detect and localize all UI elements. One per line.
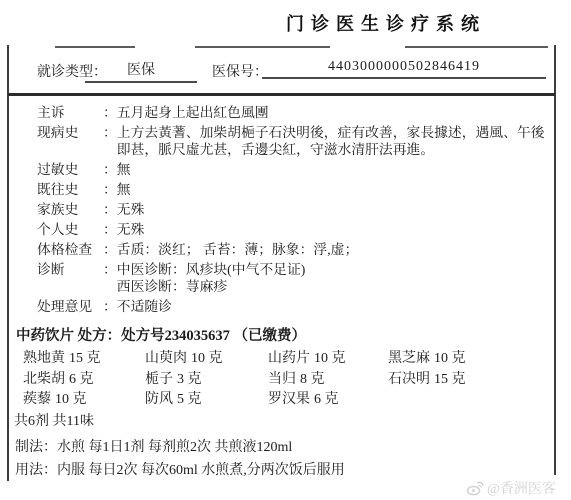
herb-amount: 6 克 [69,372,94,387]
record-label: 既往史 [37,181,103,198]
record-row-physical-exam: 体格检查：舌质：淡红； 舌苔：薄；脉象：浮,虚； [37,241,553,258]
record-colon: ： [103,124,117,158]
top-underline-segment [405,46,548,48]
record-row-present-illness: 现病史：上方去黃蓍、加柴胡梔子石決明後，症有改善，家長據述，遇風、午後即甚，脈尺… [37,124,553,158]
record-value: 中医诊断：风疹块(中气不足证)西医诊断：荨麻疹 [117,261,553,295]
herb-amount: 8 克 [300,372,325,387]
record-colon: ： [103,201,117,218]
insurance-number-label: 医保号： [212,61,268,81]
record-colon: ： [103,104,117,121]
medical-record: 主诉：五月起身上起出紅色風團 现病史：上方去黃蓍、加柴胡梔子石決明後，症有改善，… [37,104,553,318]
herb-name: 罗汉果 [268,392,310,407]
herb-item: 当归8 克 [268,370,388,391]
record-colon: ： [103,298,117,315]
preparation-method: 制法：水煎 每1日1剂 每剂煎2次 共煎液120ml [15,436,292,456]
prescription-summary: 共6剂 共11味 [14,410,94,430]
page-title: 门诊医生诊疗系统 [286,10,486,36]
preparation-value: 水煎 每1日1剂 每剂煎2次 共煎液120ml [57,440,292,455]
herb-name: 山萸肉 [145,351,187,366]
herb-amount: 15 克 [69,351,101,366]
herb-item: 山药片10 克 [268,349,388,370]
herb-name: 熟地黄 [23,351,65,366]
top-underline-segment [55,46,135,48]
record-value: 不适随诊 [117,298,553,315]
record-value: 舌质：淡红； 舌苔：薄；脉象：浮,虚； [117,241,553,258]
record-row-family-history: 家族史：无殊 [37,201,553,218]
herb-name: 防风 [145,392,173,407]
herb-grid: 熟地黄15 克 山萸肉10 克 山药片10 克 黑芝麻10 克 北柴胡6 克 栀… [23,349,548,411]
usage-instructions: 用法：内服 每日2次 每次60ml 水煎煮,分两次饭后服用 [15,459,345,479]
record-label: 处理意见 [37,298,103,315]
herb-amount: 10 克 [434,351,466,366]
record-row-past-history: 既往史：無 [37,181,553,198]
header-divider [8,93,555,96]
herb-name: 当归 [268,372,296,387]
record-row-treatment-advice: 处理意见：不适随诊 [37,298,553,315]
diagnosis-tcm: 中医诊断：风疹块(中气不足证) [117,261,553,278]
record-label: 个人史 [37,221,103,238]
herb-item: 防风5 克 [145,390,268,411]
record-value: 无殊 [117,221,553,238]
record-label: 诊断 [37,261,103,295]
record-label: 体格检查 [37,241,103,258]
record-label: 主诉 [37,104,103,121]
herb-amount: 10 克 [55,392,87,407]
herb-name: 北柴胡 [23,372,65,387]
record-colon: ： [103,181,117,198]
record-value: 無 [117,161,553,178]
record-label: 过敏史 [37,161,103,178]
record-label: 家族史 [37,201,103,218]
watermark-text: @香洲医客 [487,478,556,498]
herb-item: 罗汉果6 克 [268,390,388,411]
herb-item: 北柴胡6 克 [23,370,145,391]
herb-item: 蒺藜10 克 [23,390,145,411]
record-row-diagnosis: 诊断：中医诊断：风疹块(中气不足证)西医诊断：荨麻疹 [37,261,553,295]
record-label: 现病史 [37,124,103,158]
herb-amount: 5 克 [177,392,202,407]
herb-item: 石决明15 克 [388,370,523,391]
record-row-allergy-history: 过敏史：無 [37,161,553,178]
herb-name: 蒺藜 [23,392,51,407]
visit-type-field[interactable]: 医保 [85,59,197,83]
insurance-number-field[interactable]: 4403000000502846419 [262,59,546,79]
diagnosis-western: 西医诊断：荨麻疹 [117,278,553,295]
herb-amount: 10 克 [191,351,223,366]
herb-amount: 15 克 [434,372,466,387]
frame-right-border [554,45,556,475]
record-value: 无殊 [117,201,553,218]
herb-name: 石决明 [388,372,430,387]
herb-amount: 3 克 [177,372,202,387]
record-colon: ： [103,161,117,178]
prescription-header: 中药饮片 处方：处方号234035637 （已缴费） [16,324,306,345]
record-value: 無 [117,181,553,198]
herb-item: 黑芝麻10 克 [388,349,523,370]
weibo-logo-icon [466,480,484,496]
top-underline-segment [195,46,330,48]
herb-name: 黑芝麻 [388,351,430,366]
usage-label: 用法： [15,463,57,478]
record-colon: ： [103,221,117,238]
frame-left-border [7,45,9,481]
watermark: @香洲医客 [466,478,556,498]
record-colon: ： [103,241,117,258]
record-row-personal-history: 个人史：无殊 [37,221,553,238]
usage-value: 内服 每日2次 每次60ml 水煎煮,分两次饭后服用 [57,463,345,478]
preparation-label: 制法： [15,440,57,455]
record-row-chief-complaint: 主诉：五月起身上起出紅色風團 [37,104,553,121]
herb-item: 熟地黄15 克 [23,349,145,370]
herb-amount: 10 克 [314,351,346,366]
record-colon: ： [103,261,117,295]
herb-name: 栀子 [145,372,173,387]
herb-item: 栀子3 克 [145,370,268,391]
herb-item: 山萸肉10 克 [145,349,268,370]
herb-amount: 6 克 [314,392,339,407]
record-value: 五月起身上起出紅色風團 [117,104,553,121]
herb-name: 山药片 [268,351,310,366]
record-value: 上方去黃蓍、加柴胡梔子石決明後，症有改善，家長據述，遇風、午後即甚，脈尺虛尤甚，… [117,124,553,158]
